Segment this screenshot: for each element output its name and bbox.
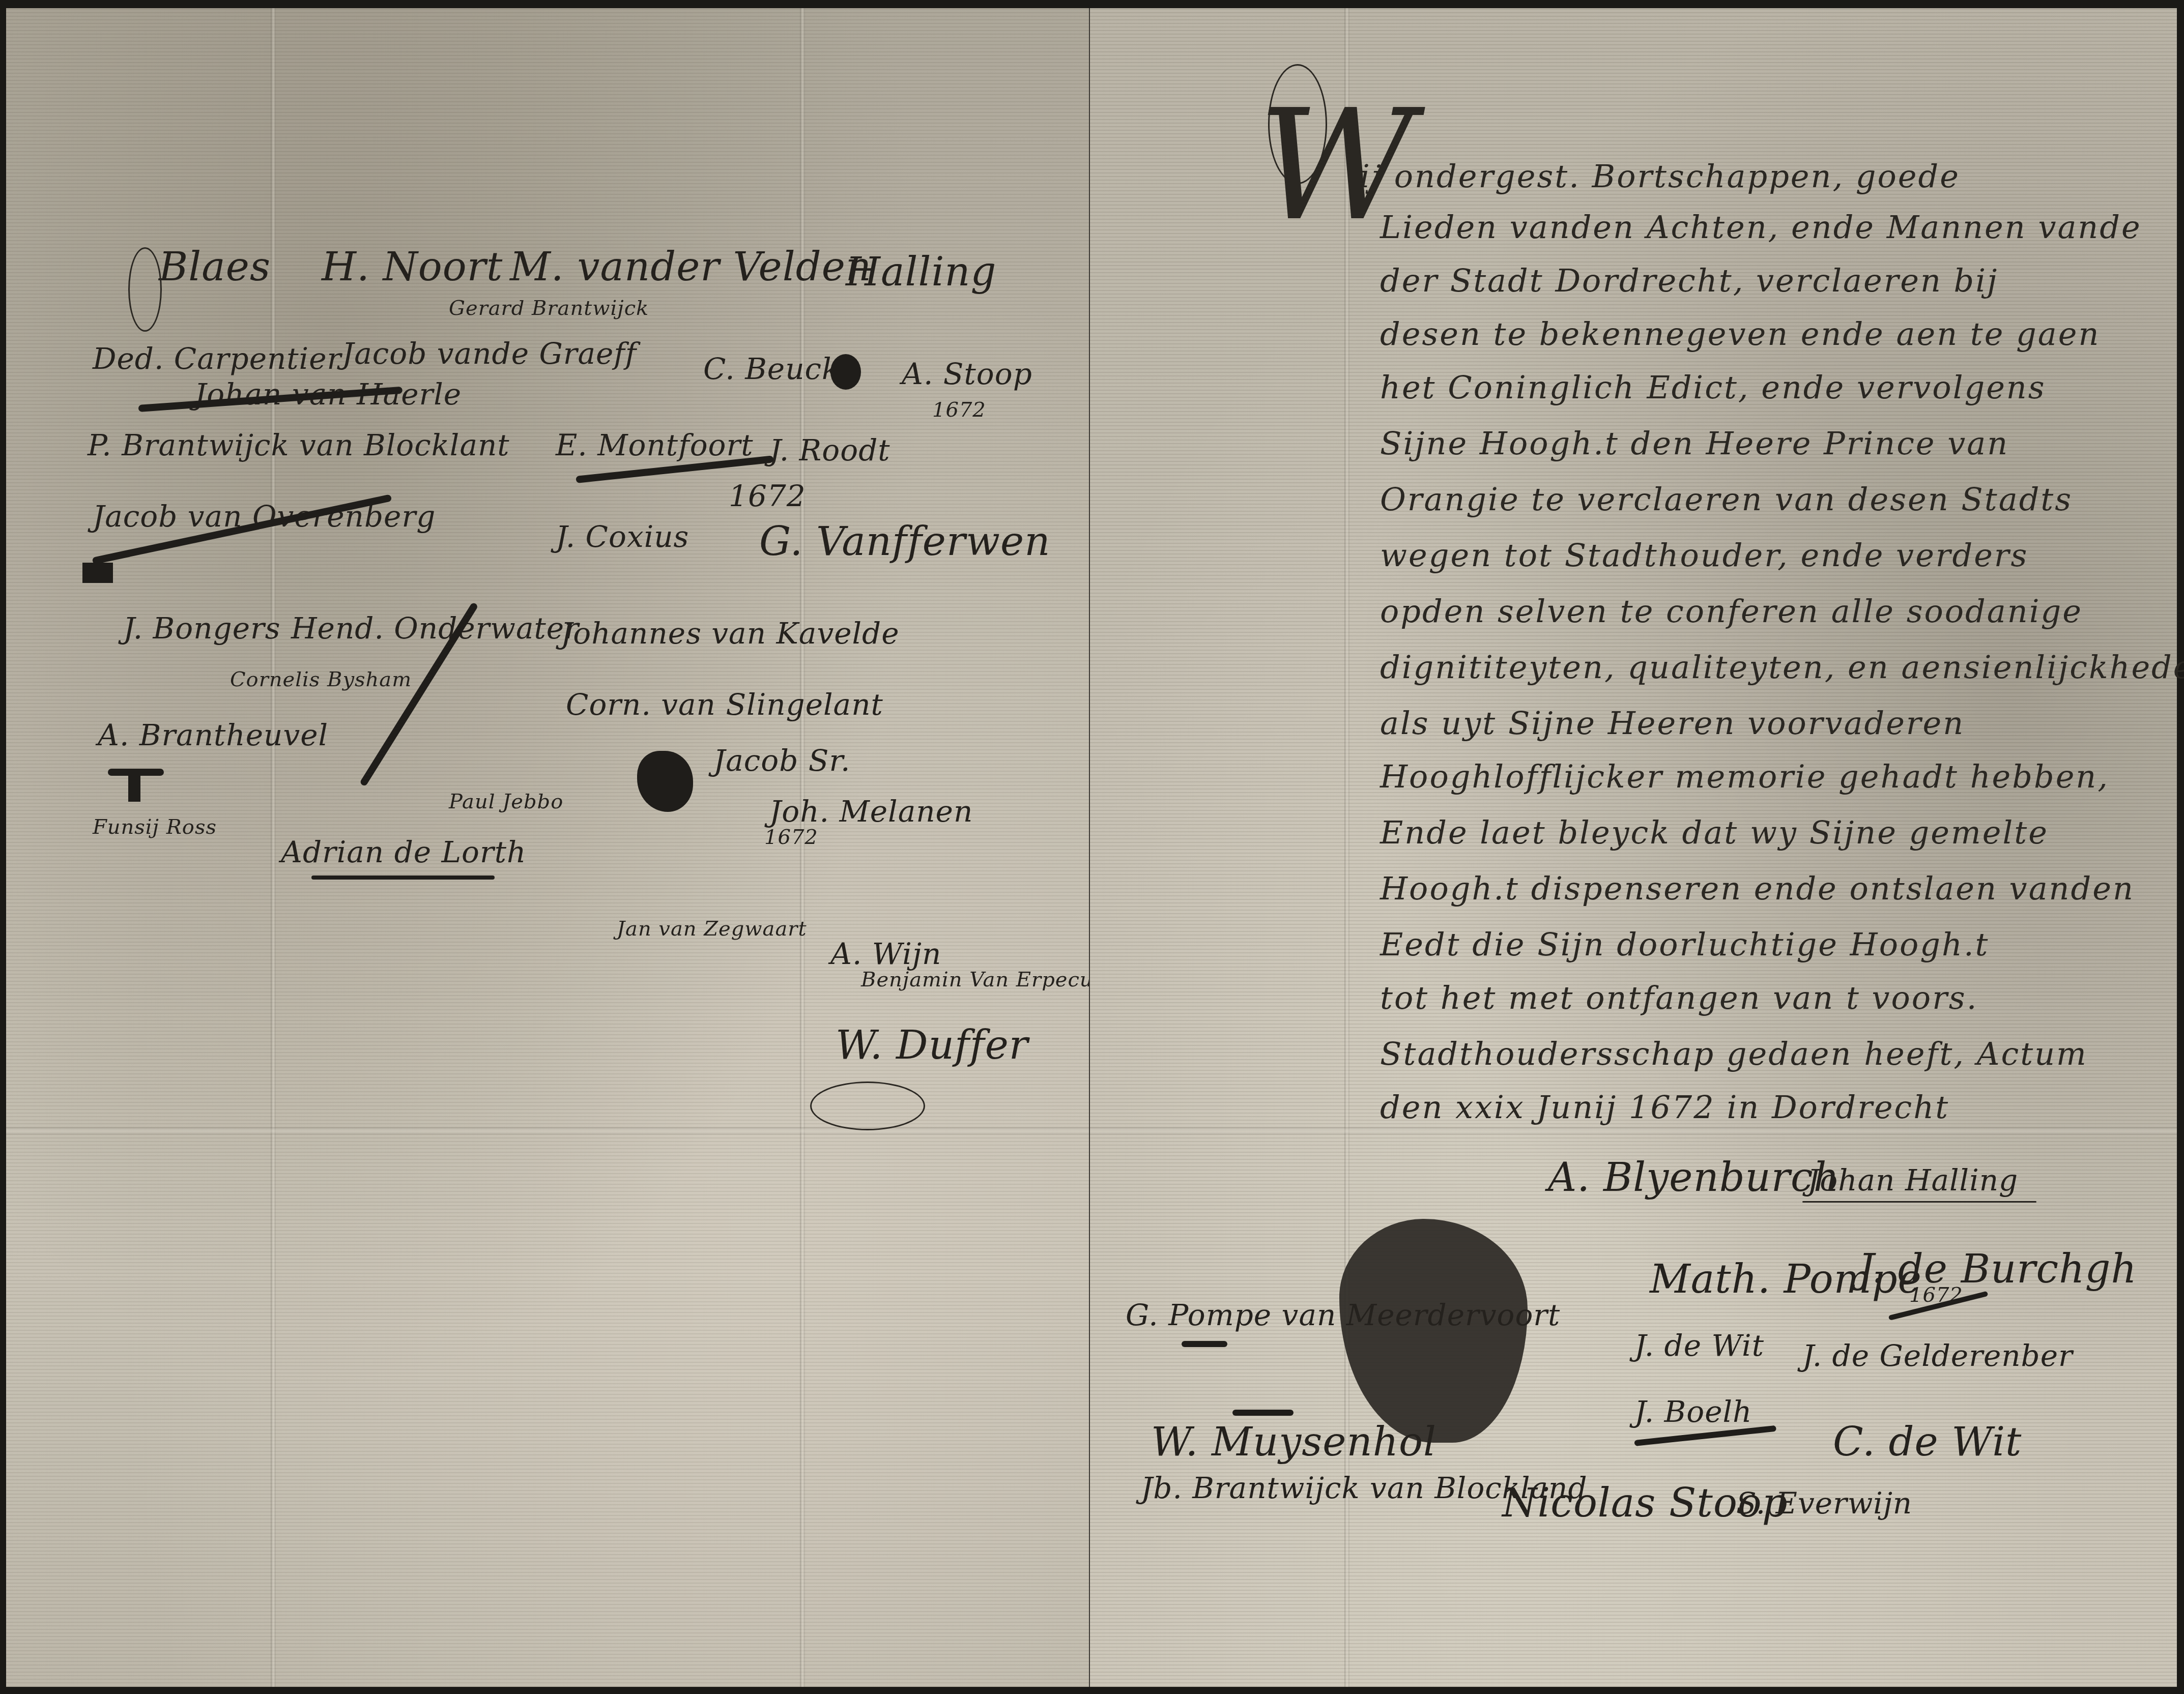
pen-stroke [1232,1410,1294,1416]
signature: C. de Wit [1833,1422,2022,1462]
ink-blot [82,563,113,583]
body-line: tot het met ontfangen van t voors. [1380,982,1978,1014]
signature-date: 1672 [764,827,818,848]
signature: Adrian de Lorth [281,837,526,867]
signature: Blaes [159,247,271,287]
pen-stroke [311,875,495,880]
body-line: den xxix Junij 1672 in Dordrecht [1380,1092,1949,1123]
signature: Jacob vande Graeff [342,339,637,368]
body-line: ij ondergest. Bortschappen, goede [1360,161,1960,192]
body-line: Orangie te verclaeren van desen Stadts [1380,484,2073,515]
body-line: opden selven te conferen alle soodanige [1380,596,2083,627]
signature: Corn. van Slingelant [566,690,883,719]
signature: Halling [846,252,997,292]
signature: J. Bongers [123,614,280,643]
signature-date: 1672 [729,481,806,511]
signature: A. Blyenburch [1548,1158,1840,1198]
signature: A. Wijn [830,939,941,969]
signature: A. Stoop [902,359,1032,389]
signature: G. Vanfferwen [759,522,1050,562]
signature: S. Everwijn [1736,1488,1912,1518]
signature: Gerard Brantwijck [449,298,649,318]
signature: Jacob Sr. [713,746,850,775]
body-line: Hoogh.t dispenseren ende ontslaen vanden [1380,873,2135,904]
signature: Jan van Zegwaart [617,919,807,939]
body-line: als uyt Sijne Heeren voorvaderen [1380,708,1965,739]
signature: A. Brantheuvel [98,720,328,750]
flourish-icon [1268,64,1327,184]
body-line: Sijne Hoogh.t den Heere Prince van [1380,428,2009,459]
ink-blot [637,751,693,812]
signature: M. vander Velden [510,247,872,287]
signature: P. Brantwijck van Blocklant [88,430,510,460]
signature: E. Montfoort [556,430,754,460]
signature: C. Beuck [703,354,840,384]
signature: Hend. Onderwater [291,614,579,643]
signature: J. de Gelderenber [1802,1341,2073,1370]
body-line: wegen tot Stadthouder, ende verders [1380,540,2028,571]
signature: W. Duffer [836,1026,1028,1065]
body-line: het Coninglich Edict, ende vervolgens [1380,372,2046,403]
signature: J. Boelh [1634,1397,1752,1426]
fold-line [6,1127,1089,1134]
document-frame: Blaes H. Noort M. vander Velden Halling … [6,8,2177,1687]
signature: Benjamin Van Erpecum [861,970,1089,990]
body-line: der Stadt Dordrecht, verclaeren bij [1380,265,1998,297]
signature: Funsij Ross [93,817,217,837]
document-photograph: Blaes H. Noort M. vander Velden Halling … [0,0,2184,1694]
body-line: Ende laet bleyck dat wy Sijne gemelte [1380,817,2049,849]
fold-line [271,8,276,1687]
body-line: dignititeyten, qualiteyten, en aensienli… [1380,652,2184,683]
signature: J. Roodt [769,435,890,465]
signature: Johan Halling [1807,1165,2018,1195]
signature: Paul Jebbo [449,792,563,812]
signature-date: 1672 [932,400,986,420]
flourish-icon [810,1082,925,1130]
signature: Ded. Carpentier [93,344,341,373]
left-page: Blaes H. Noort M. vander Velden Halling … [6,8,1089,1687]
body-line: Stadthoudersschap gedaen heeft, Actum [1380,1038,2088,1070]
signature: H. Noort [322,247,503,287]
fold-line [1090,1127,2177,1134]
body-line: Lieden vanden Achten, ende Mannen vande [1380,212,2142,243]
signature: G. Pompe van Meerdervoort [1126,1300,1560,1330]
signature-underline [1802,1201,2036,1203]
pen-stroke [1182,1341,1227,1347]
signature: J. Coxius [556,522,689,551]
body-line: Hooghlofflijcker memorie gehadt hebben, [1380,761,2109,793]
signature: Cornelis Bysham [230,669,412,690]
body-line: desen te bekennegeven ende aen te gaen [1380,318,2100,350]
body-line: Eedt die Sijn doorluchtige Hoogh.t [1380,929,1990,960]
signature: J. de Wit [1634,1331,1764,1360]
flourish-icon [128,247,162,332]
signature: W. Muysenhol [1151,1422,1436,1462]
signature: Johannes van Kavelde [561,619,899,648]
signature: Joh. Melanen [769,797,973,826]
ink-blot [128,771,140,802]
ink-blot [830,354,861,390]
signature: J. de Burchgh [1858,1249,2137,1289]
